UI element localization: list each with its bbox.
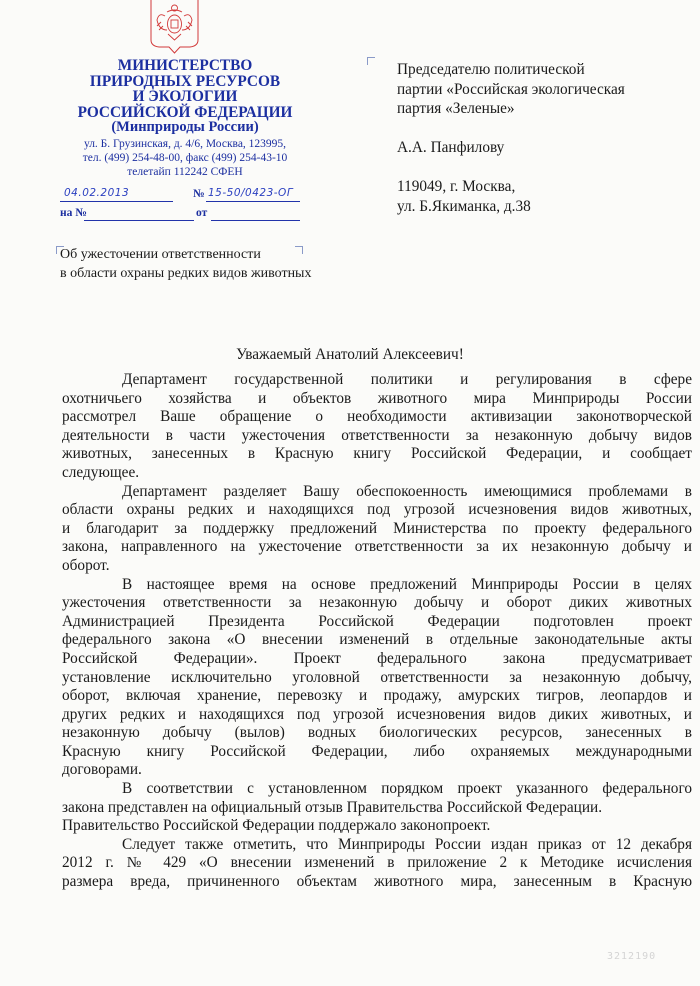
ministry-line: МИНИСТЕРСТВО <box>70 58 300 74</box>
body-line: других редких и находящихся под угрозой … <box>62 706 692 725</box>
body-line: Следует также отметить, что Минприроды Р… <box>62 836 692 855</box>
registration-block: 04.02.2013 № 15-50/0423-ОГ на № от <box>60 187 300 227</box>
recipient-title-line: Председателю политической <box>397 60 625 80</box>
recipient-title-line: партии «Российская экологическая <box>397 80 625 100</box>
date-underline <box>60 201 173 202</box>
body-line: деятельности в части ужесточения ответст… <box>62 427 692 446</box>
body-line: оборот. <box>62 557 692 576</box>
from-label: от <box>196 207 207 219</box>
ministry-name: МИНИСТЕРСТВО ПРИРОДНЫХ РЕСУРСОВ И ЭКОЛОГ… <box>70 58 300 136</box>
body-line: животных, занесенных в Красную книгу Рос… <box>62 445 692 464</box>
body-line: Департамент разделяет Вашу обеспокоеннос… <box>62 483 692 502</box>
body-line: следующее. <box>62 464 692 483</box>
body-line: и благодарит за поддержку предложений Ми… <box>62 520 692 539</box>
coat-of-arms-emblem <box>147 0 202 55</box>
address-line: ул. Б. Грузинская, д. 4/6, Москва, 12399… <box>70 137 300 151</box>
body-line: закона, направленного на ужесточение отв… <box>62 538 692 557</box>
ministry-line: И ЭКОЛОГИИ <box>70 89 300 105</box>
ministry-address: ул. Б. Грузинская, д. 4/6, Москва, 12399… <box>70 137 300 179</box>
recipient-name: А.А. Панфилову <box>397 138 625 158</box>
number-underline <box>206 201 300 202</box>
body-line: Департамент государственной политики и р… <box>62 371 692 390</box>
address-line: телетайп 112242 СФЕН <box>70 165 300 179</box>
subject-line: в области охраны редких видов животных <box>60 264 311 283</box>
subject-line: Об ужесточении ответственности <box>60 245 311 264</box>
footer-serial-number: 3212190 <box>607 951 656 962</box>
letter-body: Департамент государственной политики и р… <box>62 371 692 892</box>
body-line: области охраны редких и находящихся под … <box>62 501 692 520</box>
body-line: Российской Федерации». Проект федерально… <box>62 650 692 669</box>
subject: Об ужесточении ответственности в области… <box>60 245 311 283</box>
greeting: Уважаемый Анатолий Алексеевич! <box>0 346 700 364</box>
from-underline <box>211 220 300 221</box>
body-line: ужесточения ответственности за незаконну… <box>62 594 692 613</box>
body-line: федерального закона «О внесении изменени… <box>62 631 692 650</box>
recipient-address-line: ул. Б.Якиманка, д.38 <box>397 197 625 217</box>
address-line: тел. (499) 254-48-00, факс (499) 254-43-… <box>70 151 300 165</box>
recipient-corner-mark <box>367 57 375 65</box>
recipient-block: Председателю политической партии «Россий… <box>397 60 625 216</box>
body-line: охотничьего хозяйства и объектов животно… <box>62 390 692 409</box>
body-line: Правительство Российской Федерации подде… <box>62 817 692 836</box>
body-line: В настоящее время на основе предложений … <box>62 576 692 595</box>
body-line: В соответствии с установленном порядком … <box>62 780 692 799</box>
reply-to-label: на № <box>60 207 87 219</box>
body-line: договорами. <box>62 761 692 780</box>
body-line: незаконную добычу (вылов) водных биологи… <box>62 724 692 743</box>
document-date: 04.02.2013 <box>64 187 129 199</box>
ministry-short-name: (Минприроды России) <box>70 120 300 136</box>
ministry-line: РОССИЙСКОЙ ФЕДЕРАЦИИ <box>70 105 300 121</box>
recipient-address-line: 119049, г. Москва, <box>397 177 625 197</box>
body-line: 2012 г. № 429 «О внесении изменений в пр… <box>62 854 692 873</box>
body-line: установление исключительно уголовной отв… <box>62 669 692 688</box>
recipient-title-line: партия «Зеленые» <box>397 99 625 119</box>
reply-to-underline <box>84 220 194 221</box>
body-line: Администрацией Президента Российской Фед… <box>62 613 692 632</box>
body-line: закона представлен на официальный отзыв … <box>62 799 692 818</box>
body-line: оборот, включая хранение, перевозку и пр… <box>62 687 692 706</box>
document-number: 15-50/0423-ОГ <box>208 187 293 199</box>
body-line: размера вреда, причиненного объектам жив… <box>62 873 692 892</box>
body-line: Красную книгу Российской Федерации, либо… <box>62 743 692 762</box>
ministry-line: ПРИРОДНЫХ РЕСУРСОВ <box>70 74 300 90</box>
body-line: рассмотрел Ваше обращение о необходимост… <box>62 408 692 427</box>
number-label: № <box>193 188 205 200</box>
